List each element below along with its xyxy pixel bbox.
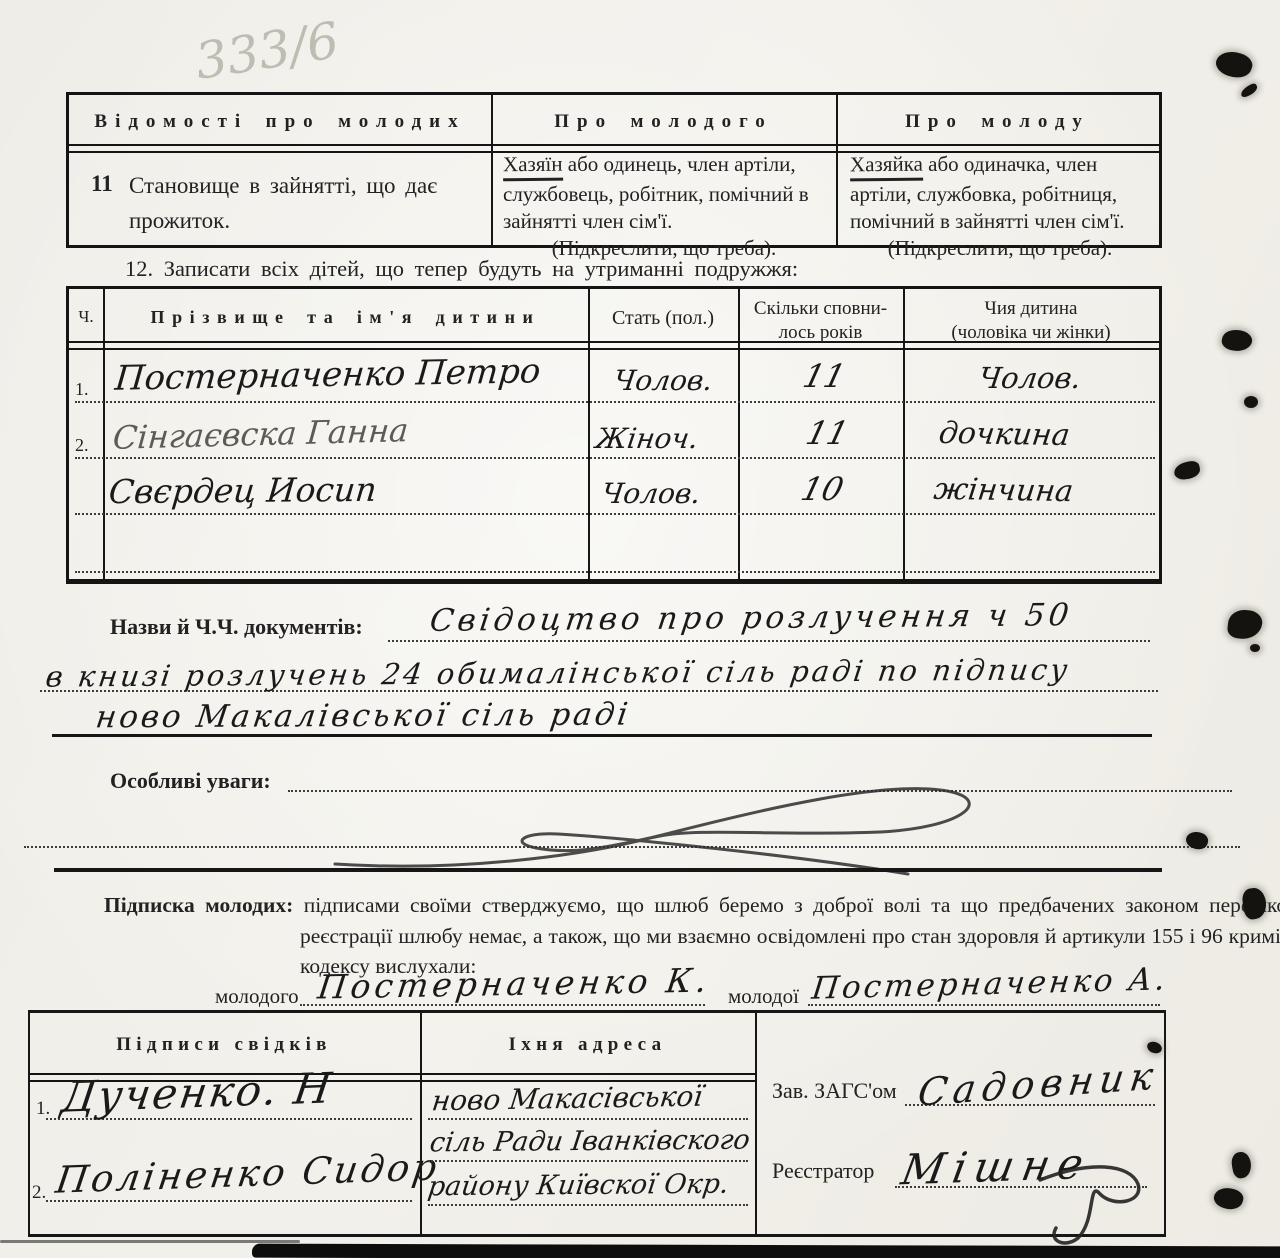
bottom-section-top-border (28, 1010, 1166, 1013)
child-age-entry: 11 (802, 414, 852, 452)
table-border (1164, 1010, 1166, 1237)
bride-signature-label: молодої (728, 984, 799, 1009)
registrar-signature-flourish (1030, 1150, 1160, 1250)
children-instruction: 12. Записати всіх дітей, що тепер будуть… (125, 256, 798, 282)
witness-signature-2: Поліненко Сидор (53, 1145, 442, 1202)
column-divider (755, 1010, 757, 1237)
age-header-line2: лось років (779, 322, 863, 343)
children-header-age: Скільки сповни- лось років (738, 297, 903, 345)
column-divider (103, 289, 105, 579)
ink-blot (1230, 1151, 1253, 1180)
occupation-header-groom: Про молодого (491, 111, 836, 133)
documents-entry-line3: ново Макалівської сіль раді (94, 697, 633, 736)
fill-line (428, 1160, 748, 1162)
child-row-number: 2. (75, 435, 89, 456)
occupation-question: Становище в зайнятті, що дає прожиток. (129, 169, 469, 238)
pencil-archive-number: 333/6 (191, 11, 342, 91)
witness-address-line2: сіль Ради Іванківского (428, 1125, 752, 1159)
documents-entry-line1: Свідоцтво про розлучення ч 50 (428, 597, 1075, 639)
child-whose-entry: дочкина (937, 416, 1072, 453)
child-age-entry: 10 (797, 470, 847, 508)
row-line (75, 513, 1155, 515)
child-name-entry: Постерначенко Петро (113, 351, 542, 398)
child-sex-entry: Чолов. (612, 364, 715, 397)
ink-blot (1213, 47, 1255, 82)
row-number: 11 (91, 171, 113, 197)
groom-signature-label: молодого (215, 984, 299, 1009)
children-header-name: Прізвище та ім'я дитини (103, 307, 588, 328)
special-notes-label: Особливі уваги: (110, 768, 271, 794)
occupation-table: Відомості про молодих Про молодого Про м… (66, 92, 1162, 248)
cancellation-flourish (280, 772, 1010, 882)
ink-blot (1239, 82, 1259, 98)
child-whose-entry: жінчина (932, 472, 1075, 509)
child-whose-entry: Чолов. (977, 361, 1084, 395)
child-name-entry: Сінгаєвска Ганна (112, 411, 410, 457)
row-line (75, 571, 1155, 573)
fill-line (428, 1118, 748, 1120)
witness-address-line1: ново Макасівської (430, 1080, 705, 1118)
row-line (75, 401, 1155, 403)
zags-head-label: Зав. ЗАГС'ом (772, 1078, 897, 1104)
child-sex-entry: Жіноч. (594, 422, 701, 455)
ink-blot (1173, 459, 1202, 481)
bride-occupation-options: Хазяйка або одиначка, член артіли, служб… (850, 151, 1150, 262)
fill-line (46, 1200, 412, 1202)
child-name-entry: Свєрдец Иосип (107, 470, 378, 511)
occupation-header-general: Відомості про молодих (69, 111, 491, 133)
fill-line (388, 640, 1150, 642)
whose-header-line1: Чия дитина (985, 298, 1078, 319)
children-header-num: Ч. (69, 307, 103, 327)
address-header: Іхня адреса (420, 1034, 755, 1056)
ink-blot (1184, 830, 1209, 852)
witness-signature-1: Дученко. Н (59, 1063, 337, 1122)
pledge-lead: Підписка молодих: (104, 893, 293, 917)
groom-occupation-options: Хазяїн або одинець, член артіли, службов… (503, 151, 825, 262)
scan-edge-bar (252, 1244, 1280, 1258)
row-line (75, 457, 1155, 459)
registrar-label: Реєстратор (772, 1158, 874, 1184)
scanned-marriage-registration-form: 333/6 Відомості про молодих Про молодого… (0, 0, 1280, 1258)
witness-address-line3: району Київскої Окр. (426, 1169, 731, 1203)
bottom-section-bottom-border (28, 1234, 1166, 1237)
child-age-entry: 11 (799, 357, 849, 395)
whose-header-line2: (чоловіка чи жінки) (951, 322, 1110, 343)
fill-line (428, 1204, 748, 1206)
ink-blot (1250, 644, 1260, 652)
column-divider (588, 289, 590, 579)
ink-blot (1227, 608, 1264, 640)
underline-note: (Підкреслити, що треба). (850, 235, 1150, 262)
witness-header: Підписи свідків (28, 1034, 420, 1056)
ink-blot (1244, 396, 1258, 408)
children-table: Ч. Прізвище та ім'я дитини Стать (пол.) … (66, 286, 1162, 584)
section-divider-rule (54, 868, 1162, 872)
children-header-whose: Чия дитина (чоловіка чи жінки) (903, 297, 1159, 345)
occupation-header-bride: Про молоду (836, 111, 1159, 133)
witness-row-number: 1. (36, 1098, 50, 1120)
documents-label: Назви й Ч.Ч. документів: (110, 614, 363, 640)
child-sex-entry: Чолов. (600, 477, 703, 510)
child-row-number: 1. (75, 379, 89, 400)
groom-signature: Постерначенко К. (316, 961, 713, 1007)
scan-edge-bar-thin (0, 1240, 300, 1243)
underlined-choice-bride: Хазяйка (850, 151, 923, 182)
witness-row-number: 2. (32, 1182, 46, 1204)
ink-blot (1220, 328, 1253, 354)
age-header-line1: Скільки сповни- (754, 298, 887, 319)
underlined-choice-groom: Хазяїн (503, 151, 563, 181)
ink-blot (1212, 1184, 1246, 1212)
children-header-sex: Стать (пол.) (588, 307, 738, 330)
documents-entry-line2: в книзі розлучень 24 обималінської сіль … (44, 652, 1073, 693)
